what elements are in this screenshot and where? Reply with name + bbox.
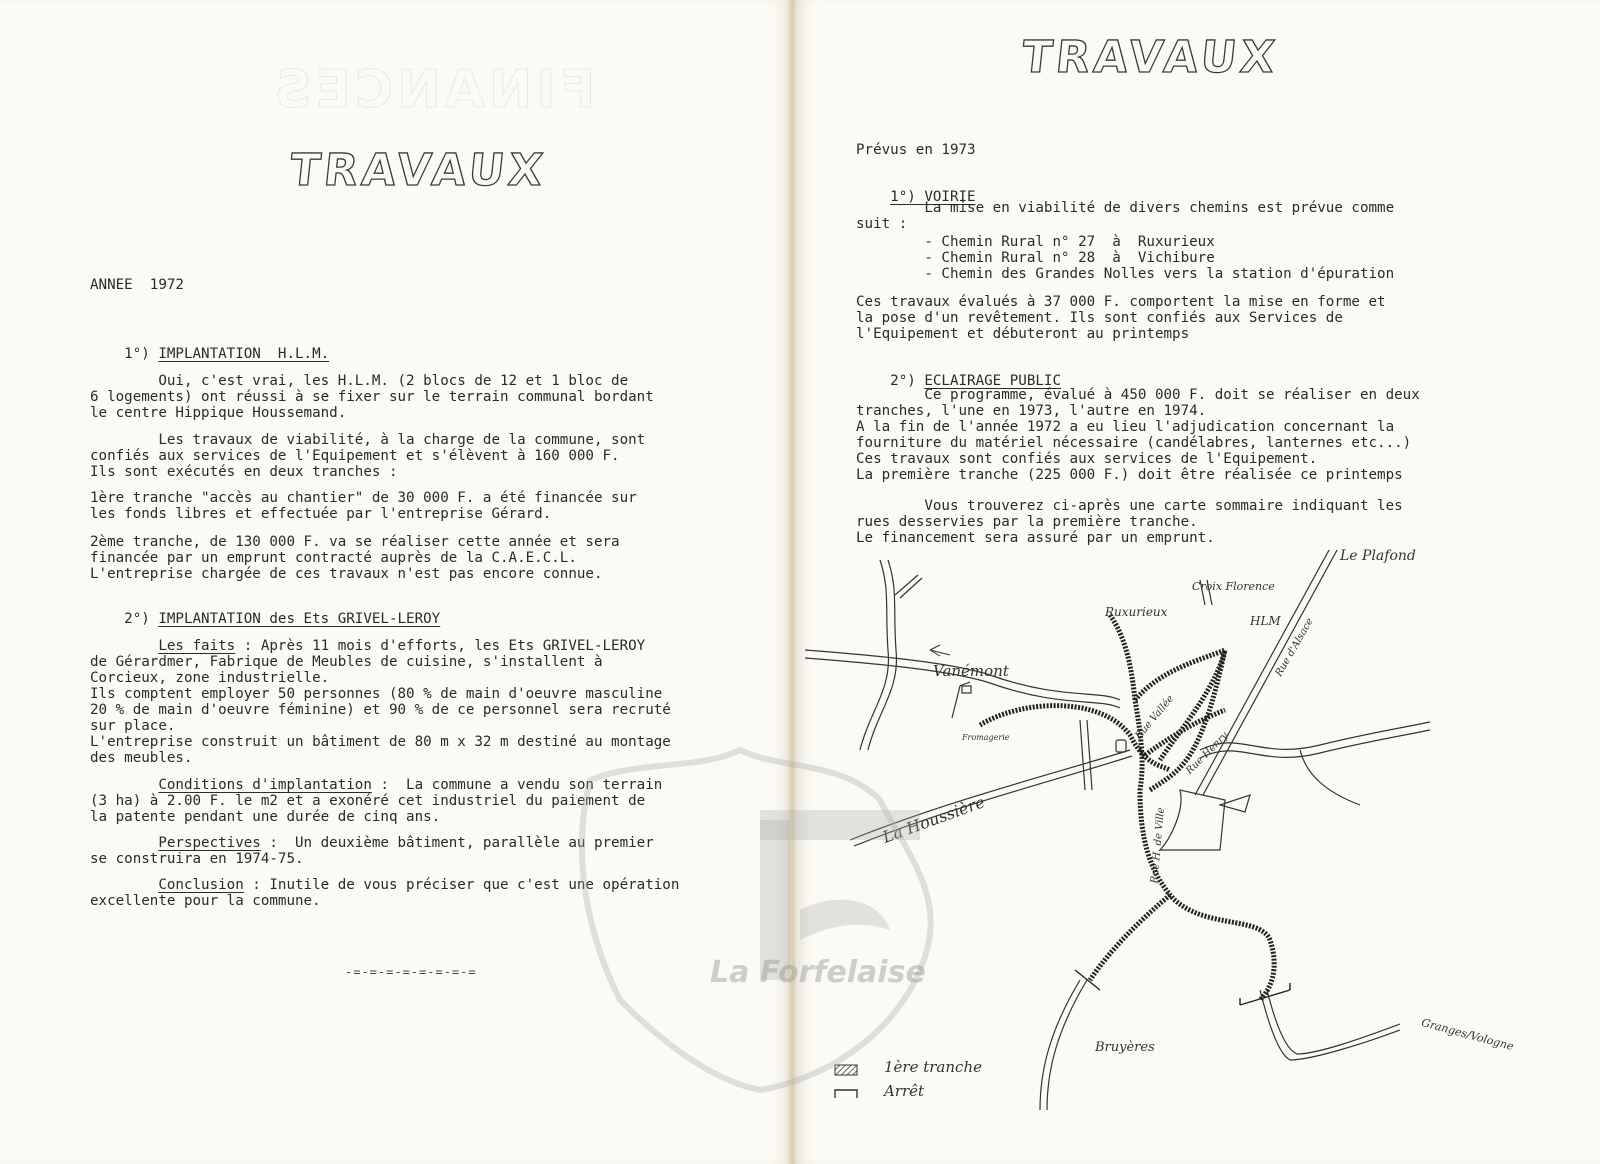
conclusion-paragraph: Conclusion : Inutile de vous préciser qu… — [90, 877, 679, 909]
left-page: FINANCES TRAVAUX ANNEE 1972 1°) IMPLANTA… — [0, 0, 790, 1164]
hlm-paragraph-3: 1ère tranche "accès au chantier" de 30 0… — [90, 490, 637, 522]
left-page-title: TRAVAUX — [287, 145, 549, 196]
voirie-closing: Ces travaux évalués à 37 000 F. comporte… — [856, 294, 1386, 342]
map-label-fromagerie: Fromagerie — [962, 733, 1010, 742]
map-label-ruxurieux: Ruxurieux — [1105, 605, 1167, 619]
section-1-heading: 1°) IMPLANTATION H.L.M. — [90, 330, 329, 378]
eclairage-paragraph-2: Vous trouverez ci-après une carte sommai… — [856, 498, 1403, 546]
section-title: IMPLANTATION des Ets GRIVEL-LEROY — [158, 611, 440, 627]
section-number: 1°) — [124, 346, 150, 362]
map-label-bruyeres: Bruyères — [1095, 1040, 1155, 1055]
map-label-vanemont: Vanémont — [933, 662, 1009, 680]
legend-hatched-box-icon — [835, 1065, 857, 1075]
legend-label-stop: Arrêt — [884, 1082, 924, 1100]
map-label-le-plafond: Le Plafond — [1340, 548, 1416, 564]
section-number: 2°) — [124, 611, 150, 627]
legend-label-first-tranche: 1ère tranche — [884, 1058, 982, 1076]
faits-text: : Après 11 mois d'efforts, les Ets GRIVE… — [90, 638, 671, 766]
perspectives-label: Perspectives — [158, 835, 261, 851]
fromagerie-icon — [962, 686, 971, 693]
conditions-paragraph: Conditions d'implantation : La commune a… — [90, 777, 662, 825]
legend-bracket-icon — [835, 1090, 857, 1098]
hlm-paragraph-4: 2ème tranche, de 130 000 F. va se réalis… — [90, 534, 620, 582]
watermark-text: La Forfelaise — [710, 955, 926, 990]
church-icon — [1116, 740, 1126, 752]
separator-line: -=-=-=-=-=-=-=-= — [345, 965, 477, 979]
section-title: IMPLANTATION H.L.M. — [158, 346, 329, 362]
voirie-item: - Chemin des Grandes Nolles vers la stat… — [856, 266, 1394, 282]
map-label-croix-florence: Croix Florence — [1192, 580, 1275, 593]
right-page-title: TRAVAUX — [1019, 32, 1281, 83]
conditions-label: Conditions d'implantation — [158, 777, 372, 793]
year-heading-1972: ANNEE 1972 — [90, 277, 184, 293]
voirie-item: - Chemin Rural n° 27 à Ruxurieux — [856, 234, 1215, 250]
arrow-icon — [930, 645, 950, 656]
faits-label: Les faits — [158, 638, 235, 654]
voirie-item: - Chemin Rural n° 28 à Vichibure — [856, 250, 1215, 266]
map-label-hlm: HLM — [1250, 614, 1281, 628]
section-2-heading: 2°) IMPLANTATION des Ets GRIVEL-LEROY — [90, 595, 440, 643]
conclusion-label: Conclusion — [158, 877, 243, 893]
hlm-paragraph-2: Les travaux de viabilité, à la charge de… — [90, 432, 645, 480]
hlm-paragraph-1: Oui, c'est vrai, les H.L.M. (2 blocs de … — [90, 373, 654, 421]
voirie-intro: La mise en viabilité de divers chemins e… — [856, 200, 1394, 232]
stop-markers — [1075, 970, 1290, 1005]
year-heading-1973: Prévus en 1973 — [856, 142, 976, 158]
eclairage-paragraph-1: Ce programme, évalué à 450 000 F. doit s… — [856, 387, 1420, 483]
bleed-through-title: FINANCES — [270, 60, 595, 120]
faits-paragraph: Les faits : Après 11 mois d'efforts, les… — [90, 638, 671, 766]
perspectives-paragraph: Perspectives : Un deuxième bâtiment, par… — [90, 835, 654, 867]
